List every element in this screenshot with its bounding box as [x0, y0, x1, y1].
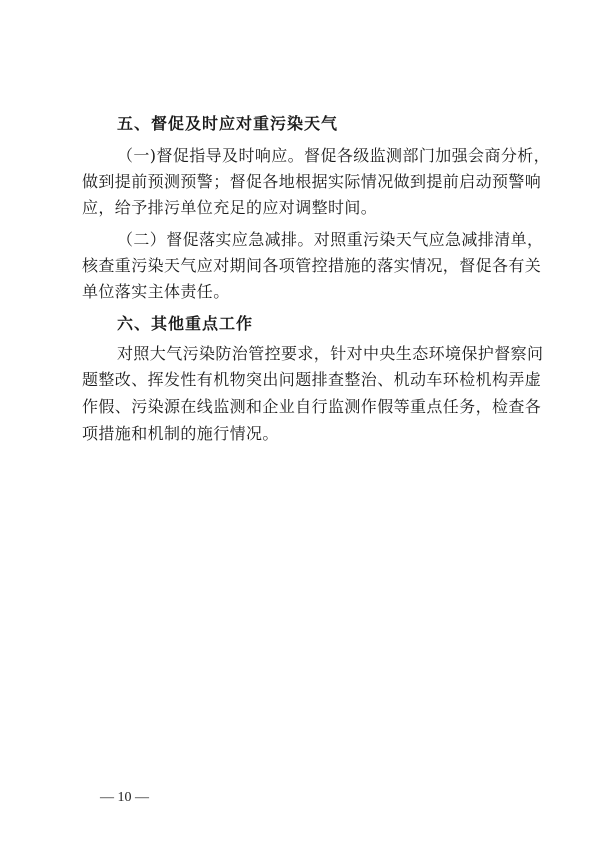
paragraph-line: 核查重污染天气应对期间各项管控措施的落实情况，督促各有关: [82, 256, 528, 276]
document-page: 五、督促及时应对重污染天气 （一)督促指导及时响应。督促各级监测部门加强会商分析…: [0, 0, 600, 848]
paragraph-line: （二）督促落实应急减排。对照重污染天气应急减排清单，: [117, 230, 528, 250]
paragraph-line: 题整改、挥发性有机物突出问题排查整治、机动车环检机构弄虚: [82, 370, 528, 390]
section-heading-5: 五、督促及时应对重污染天气: [117, 114, 528, 134]
paragraph-line: 做到提前预测预警；督促各地根据实际情况做到提前启动预警响: [82, 172, 528, 192]
paragraph-line: 单位落实主体责任。: [82, 282, 528, 302]
paragraph-line: 应，给予排污单位充足的应对调整时间。: [82, 198, 528, 218]
section-heading-6: 六、其他重点工作: [117, 314, 528, 334]
paragraph-line: 作假、污染源在线监测和企业自行监测作假等重点任务，检查各: [82, 397, 528, 417]
paragraph-line: （一)督促指导及时响应。督促各级监测部门加强会商分析，: [117, 146, 528, 166]
paragraph-line: 项措施和机制的施行情况。: [82, 424, 528, 444]
page-number: — 10 —: [100, 789, 149, 807]
paragraph-line: 对照大气污染防治管控要求，针对中央生态环境保护督察问: [117, 344, 528, 364]
